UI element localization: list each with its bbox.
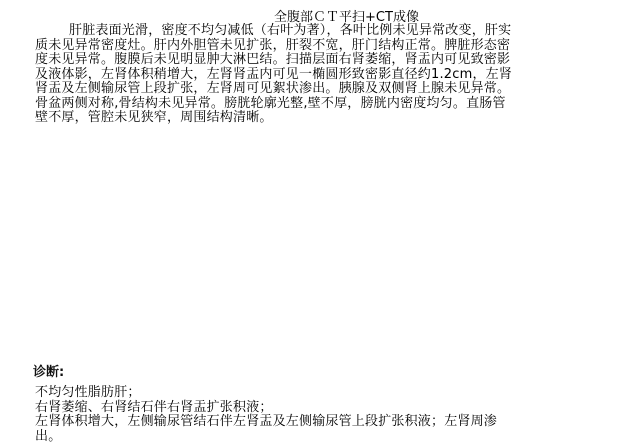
findings-line: 肾盂及左侧输尿管上段扩张，左肾周可见絮状渗出。胰腺及双侧肾上腺未见异常。 (35, 82, 605, 97)
findings-line: 壁不厚，管腔未见狭窄，周围结构清晰。 (35, 111, 605, 126)
findings-line: 肝脏表面光滑，密度不均匀减低（右叶为著），各叶比例未见异常改变，肝实 (35, 24, 605, 39)
diagnosis-line: 左肾体积增大，左侧输尿管结石伴左肾盂及左侧输尿管上段扩张积液；左肾周渗 (35, 415, 615, 430)
findings-line: 及液体影，左肾体积稍增大，左肾肾盂内可见一椭圆形致密影直径约1.2cm，左肾 (35, 68, 605, 83)
findings-section: 肝脏表面光滑，密度不均匀减低（右叶为著），各叶比例未见异常改变，肝实 质未见异常… (35, 24, 605, 126)
diagnosis-line: 右肾萎缩、右肾结石伴右肾盂扩张积液； (35, 401, 615, 416)
findings-line: 骨盆两侧对称,骨结构未见异常。膀胱轮廓光整,壁不厚，膀胱内密度均匀。直肠管 (35, 97, 605, 112)
diagnosis-heading: 诊断: (33, 365, 64, 380)
diagnosis-line: 出。 (35, 430, 615, 445)
findings-line: 度未见异常。腹膜后未见明显肿大淋巴结。扫描层面右肾萎缩，肾盂内可见致密影 (35, 53, 605, 68)
diagnosis-line: 不均匀性脂肪肝； (35, 386, 615, 401)
findings-line: 质未见异常密度灶。肝内外胆管未见扩张，肝裂不宽，肝门结构正常。脾脏形态密 (35, 39, 605, 54)
diagnosis-section: 不均匀性脂肪肝； 右肾萎缩、右肾结石伴右肾盂扩张积液； 左肾体积增大，左侧输尿管… (35, 386, 615, 444)
